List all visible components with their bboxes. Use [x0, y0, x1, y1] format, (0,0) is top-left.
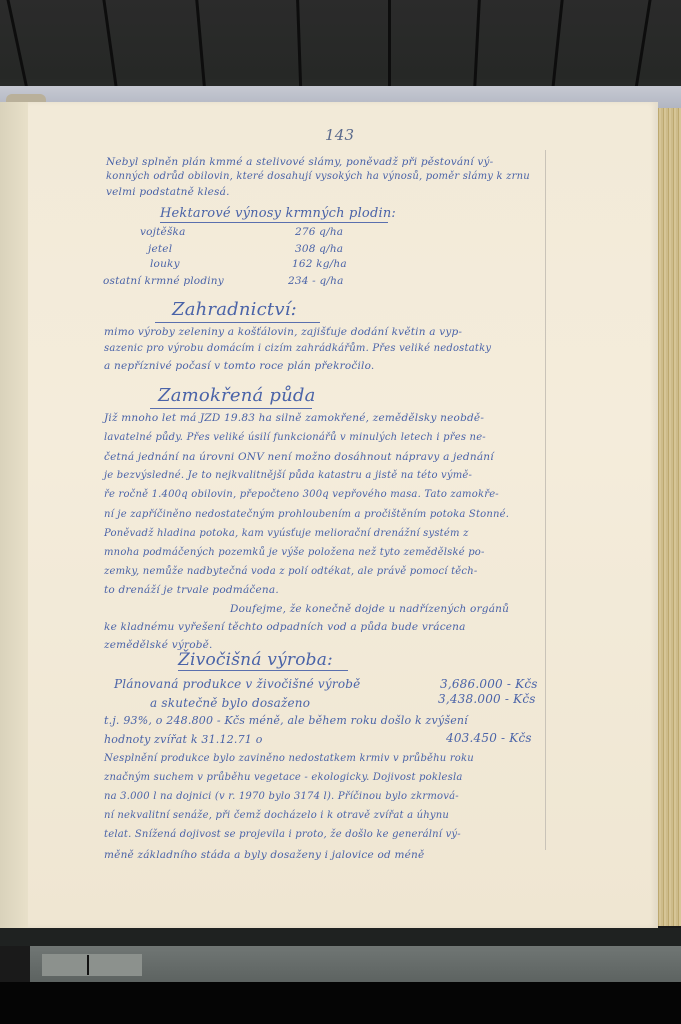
gardening-title: Zahradnictví:	[172, 301, 297, 319]
yield-value: 276 q/ha	[295, 227, 343, 238]
stock-line: hodnoty zvířat k 31.12.71 o	[104, 734, 263, 745]
animal-line: ní nekvalitní senáže, při čemž docházelo…	[104, 811, 449, 821]
intro-line: Nebyl splněn plán kmmé a stelivové slámy…	[106, 157, 493, 168]
left-page-edge	[0, 102, 29, 928]
wet-soil-closing-line: ke kladnému vyřešení těchto odpadních vo…	[104, 622, 466, 633]
yield-crop: ostatní krmné plodiny	[103, 276, 224, 287]
wet-soil-line: zemky, nemůže nadbytečná voda z polí odt…	[104, 567, 477, 577]
diff-line: t.j. 93%, o 248.800 - Kčs méně, ale běhe…	[104, 715, 468, 726]
gardening-line: sazenic pro výrobu domácím i cizím zahrá…	[104, 344, 491, 354]
wet-soil-line: Již mnoho let má JZD 19.83 ha silně zamo…	[104, 413, 484, 424]
page-number: 143	[325, 128, 354, 143]
yields-title-underline	[160, 222, 388, 223]
animal-line: na 3.000 l na dojnici (v r. 1970 bylo 31…	[104, 792, 459, 802]
margin-line	[545, 150, 546, 850]
wet-soil-line: to drenáží je trvale podmáčena.	[104, 585, 279, 596]
shelf-label	[42, 954, 142, 976]
page-stack-edge	[656, 108, 681, 926]
yield-value: 308 q/ha	[295, 244, 343, 255]
animal-title-underline	[178, 670, 348, 671]
yields-title: Hektarové výnosy krmných plodin:	[160, 207, 396, 220]
planned-value: 3,686.000 - Kčs	[440, 678, 538, 690]
actual-value: 3,438.000 - Kčs	[438, 693, 536, 705]
yield-value: 234 - q/ha	[288, 276, 344, 287]
animal-line: telat. Snížená dojivost se projevila i p…	[104, 830, 461, 840]
wet-soil-line: lavatelné půdy. Přes veliké úsilí funkci…	[104, 433, 486, 443]
yield-crop: vojtěška	[140, 227, 186, 238]
animal-title: Živočišná výroba:	[178, 652, 333, 669]
wet-soil-line: ře ročně 1.400q obilovin, přepočteno 300…	[104, 490, 499, 500]
wet-soil-title: Zamokřená půda	[158, 387, 316, 405]
animal-line: značným suchem v průběhu vegetace - ekol…	[104, 773, 463, 783]
wet-soil-title-underline	[150, 408, 312, 409]
wet-soil-line: četná jednání na úrovni ONV není možno d…	[104, 452, 494, 463]
shelf-label-mark	[87, 955, 89, 975]
gardening-line: a nepříznivé počasí v tomto roce plán př…	[104, 361, 374, 372]
floor	[0, 982, 681, 1024]
gardening-line: mimo výroby zeleniny a košťálovin, zajiš…	[104, 327, 462, 338]
wet-soil-line: Poněvadž hladina potoka, kam vyúsťuje me…	[104, 529, 469, 539]
actual-label: a skutečně bylo dosaženo	[150, 697, 310, 709]
animal-line: měně základního stáda a byly dosaženy i …	[104, 850, 424, 861]
stock-value: 403.450 - Kčs	[446, 732, 532, 744]
gardening-title-underline	[155, 322, 320, 323]
yield-crop: louky	[150, 259, 180, 270]
scanner-base	[0, 928, 681, 946]
wet-soil-line: je bezvýsledné. Je to nejkvalitnější půd…	[104, 471, 472, 481]
wet-soil-closing-line: zemědělské výrobě.	[104, 640, 213, 651]
yield-value: 162 kg/ha	[292, 259, 347, 270]
animal-line: Nesplnění produkce bylo zaviněno nedosta…	[104, 754, 474, 764]
planned-label: Plánovaná produkce v živočišné výrobě	[114, 678, 360, 690]
wet-soil-line: mnoha podmáčených pozemků je výše polože…	[104, 548, 485, 558]
intro-line: velmi podstatně klesá.	[106, 187, 230, 198]
intro-line: konných odrůd obilovin, které dosahují v…	[106, 172, 530, 182]
wet-soil-line: ní je zapříčiněno nedostatečným prohloub…	[104, 510, 509, 520]
yield-crop: jetel	[148, 244, 172, 255]
wet-soil-closing-line: Doufejme, že konečně dojde u nadřízených…	[230, 604, 509, 615]
